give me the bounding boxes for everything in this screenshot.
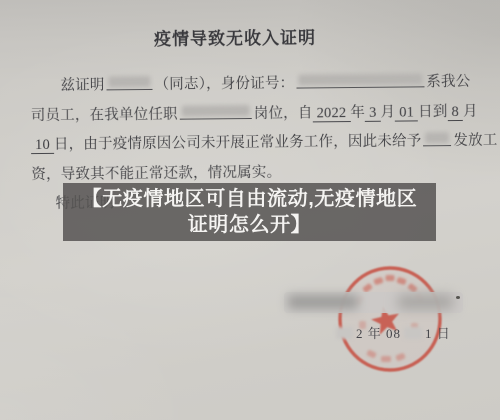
text-segment: 系我公 (426, 74, 470, 90)
ink-speck (456, 296, 460, 299)
document-photo: 疫情导致无收入证明 兹证明（同志），身份证号：系我公 司员工，在我单位任职岗位，… (0, 0, 500, 420)
text-segment: 兹证明 (60, 77, 104, 93)
redacted-segment (296, 73, 424, 88)
text-segment: 01 (395, 104, 418, 121)
body-line-3: 10日，由于疫情原因公司未开展正常业务工作，因此未给予发放工 (31, 127, 500, 161)
text-segment: 司员工，在我单位任职 (31, 106, 178, 123)
text-segment: 2022 (312, 105, 350, 122)
caption-line-1: 【无疫情地区可自由流动,无疫情地区 (63, 186, 436, 212)
text-segment: 8 (447, 103, 463, 120)
text-segment: 资，导致其不能正常还款，情况属实。 (31, 164, 281, 182)
caption-overlay: 【无疫情地区可自由流动,无疫情地区 证明怎么开】 (63, 183, 436, 241)
text-segment: 年 (350, 104, 365, 120)
official-seal-stamp (333, 263, 453, 379)
redacted-segment (423, 132, 451, 146)
redacted-segment (106, 76, 152, 90)
stamp-date: 2 年 081 日 (336, 324, 451, 341)
redacted-segment (404, 327, 422, 339)
text-segment: 10 (31, 137, 54, 154)
company-name-redaction-smudge (284, 292, 463, 313)
text-segment: 3 (365, 104, 381, 121)
redacted-segment (336, 327, 353, 339)
text-segment: 月 (463, 103, 478, 119)
caption-line-2: 证明怎么开】 (63, 212, 436, 238)
text-segment: （同志），身份证号： (154, 76, 294, 93)
text-segment: 1 日 (425, 323, 451, 342)
body-line-2: 司员工，在我单位任职岗位，自2022年3月01日到8月 (31, 97, 500, 131)
text-segment: 发放工 (453, 133, 497, 149)
text-segment: 日，由于疫情原因公司未开展正常业务工作，因此未给予 (54, 133, 422, 153)
text-segment: 岗位，自 (254, 105, 313, 122)
text-segment: 日到 (418, 104, 448, 120)
body-line-1: 兹证明（同志），身份证号：系我公 (30, 68, 499, 102)
text-segment: 2 年 08 (356, 323, 401, 342)
certificate-title: 疫情导致无收入证明 (0, 22, 471, 52)
redacted-segment (180, 104, 252, 119)
text-segment: 月 (380, 104, 395, 120)
